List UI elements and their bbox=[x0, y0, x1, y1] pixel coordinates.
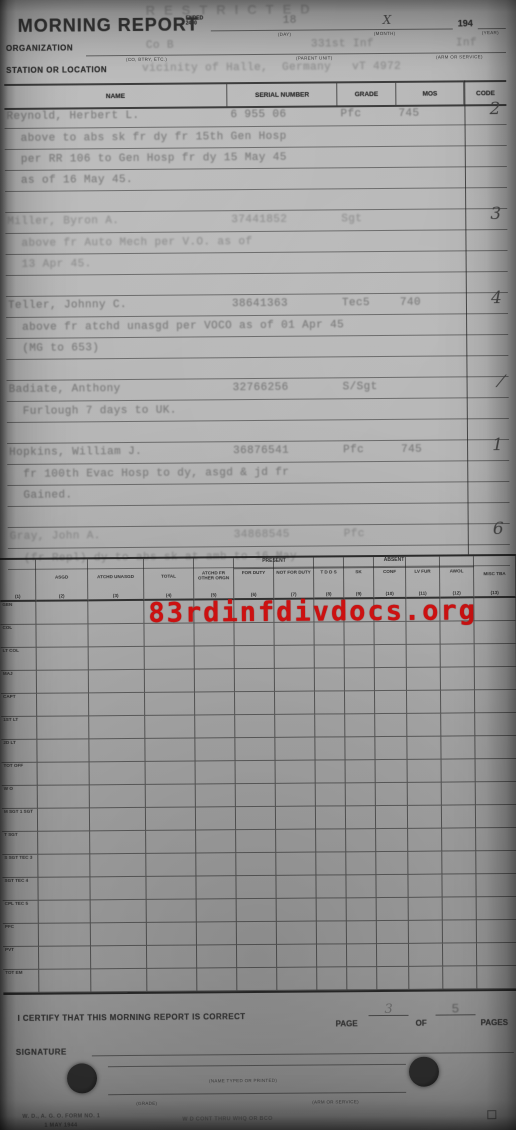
stats-value-cell bbox=[345, 691, 375, 714]
stats-row-label: CAPT bbox=[1, 694, 36, 700]
entry-mos bbox=[399, 209, 467, 230]
punch-hole-left-icon bbox=[67, 1063, 97, 1093]
entry-mos bbox=[402, 524, 470, 545]
stats-value-cell bbox=[197, 922, 237, 945]
stats-group-present: PRESENT bbox=[234, 558, 314, 570]
stats-col-number: (1) bbox=[15, 594, 21, 600]
stats-value-cell bbox=[147, 968, 197, 991]
stats-value-cell bbox=[38, 785, 90, 808]
stats-value-cell bbox=[476, 805, 516, 828]
stats-value-cell bbox=[196, 784, 236, 807]
stats-value-cell bbox=[316, 806, 346, 829]
stats-value-cell bbox=[39, 923, 91, 946]
stats-value-cell bbox=[345, 714, 375, 737]
stats-value-cell bbox=[443, 966, 477, 989]
entry-grade: Pfc bbox=[340, 105, 398, 125]
grade-line bbox=[108, 1091, 406, 1095]
stats-value-cell bbox=[145, 669, 195, 692]
stats-value-cell bbox=[442, 874, 476, 897]
stats-row-label: CPL TEC 5 bbox=[3, 901, 38, 907]
stats-row: TOT EM bbox=[3, 966, 516, 993]
entry-grade: Tec5 bbox=[342, 294, 400, 314]
stats-row-label: 2D LT bbox=[1, 740, 36, 746]
stats-value-cell bbox=[347, 944, 377, 967]
stats-value-cell bbox=[196, 761, 236, 784]
entry-cont-text: 13 Apr 45. bbox=[6, 258, 92, 271]
stats-value-cell bbox=[276, 807, 316, 830]
stats-value-cell bbox=[196, 853, 236, 876]
station-label: STATION OR LOCATION bbox=[6, 65, 107, 75]
ended-label: ENDED 2400 bbox=[186, 16, 204, 26]
stats-value-cell bbox=[38, 877, 90, 900]
punch-hole-right-icon bbox=[409, 1057, 439, 1087]
entry-name: Teller, Johnny C. bbox=[6, 295, 232, 317]
stats-value-cell bbox=[315, 714, 345, 737]
stats-value-cell bbox=[315, 668, 345, 691]
stats-value-cell bbox=[475, 690, 516, 713]
stats-value-cell bbox=[442, 851, 476, 874]
stats-value-cell bbox=[475, 736, 516, 759]
stats-value-cell bbox=[236, 853, 276, 876]
stats-value-cell bbox=[90, 808, 146, 831]
stats-value-cell bbox=[477, 920, 516, 943]
stats-value-cell bbox=[276, 830, 316, 853]
stats-value-cell bbox=[277, 922, 317, 945]
page-label: PAGE bbox=[336, 1019, 358, 1028]
stats-value-cell bbox=[146, 761, 196, 784]
stats-value-cell bbox=[408, 760, 442, 783]
entry-mos: 745 bbox=[398, 104, 466, 125]
stats-value-cell bbox=[442, 805, 476, 828]
stats-value-cell bbox=[442, 759, 476, 782]
stats-value-cell bbox=[346, 783, 376, 806]
stats-col-number: (2) bbox=[59, 594, 65, 600]
stats-col-label: ASGD bbox=[55, 574, 68, 579]
entry-grade: Pfc bbox=[344, 525, 402, 545]
stats-value-cell bbox=[89, 716, 145, 739]
stats-value-cell bbox=[442, 782, 476, 805]
stats-value-cell bbox=[39, 969, 91, 992]
entry-serial: 38641363 bbox=[232, 294, 342, 315]
stats-value-cell bbox=[442, 828, 476, 851]
stats-value-cell bbox=[441, 644, 475, 667]
stats-value-cell bbox=[443, 920, 477, 943]
stats-row-label-cell: PFC bbox=[3, 924, 39, 947]
stats-value-cell bbox=[90, 831, 146, 854]
stats-value-cell bbox=[276, 853, 316, 876]
stats-value-cell bbox=[147, 945, 197, 968]
stats-col-header: ATCHD UNASGD(3) bbox=[88, 559, 144, 601]
stats-value-cell bbox=[37, 647, 89, 670]
entry-mos: 745 bbox=[401, 440, 469, 461]
stats-value-cell bbox=[346, 852, 376, 875]
stats-col-number: (3) bbox=[113, 593, 119, 599]
stats-value-cell bbox=[89, 647, 145, 670]
stats-col-header: (1) bbox=[0, 560, 36, 602]
stats-value-cell bbox=[315, 645, 345, 668]
stats-value-cell bbox=[409, 898, 443, 921]
stats-value-cell bbox=[477, 897, 516, 920]
stats-row-label-cell: SGT TEC 4 bbox=[2, 878, 38, 901]
organization-line: Co B 331st Inf Inf bbox=[86, 36, 506, 56]
entry-cont-text: Gained. bbox=[7, 489, 72, 502]
stats-value-cell bbox=[408, 806, 442, 829]
stats-value-cell bbox=[277, 899, 317, 922]
form-title: MORNING REPORT bbox=[18, 14, 199, 36]
col-header-serial: SERIAL NUMBER bbox=[227, 83, 337, 106]
stats-value-cell bbox=[195, 715, 235, 738]
form-content: RESTRICTED MORNING REPORT ENDED 2400 18 … bbox=[0, 0, 516, 1130]
stats-value-cell bbox=[146, 876, 196, 899]
stats-col-header: MISC TBA(13) bbox=[474, 556, 516, 598]
stats-row-label-cell: CPL TEC 5 bbox=[3, 901, 39, 924]
stats-value-cell bbox=[407, 691, 441, 714]
entry-code: 1 bbox=[492, 436, 503, 455]
stats-value-cell bbox=[315, 691, 345, 714]
entry-mos: 740 bbox=[400, 293, 468, 314]
entry-name: Hopkins, William J. bbox=[7, 442, 233, 464]
stats-value-cell bbox=[408, 829, 442, 852]
stats-value-cell bbox=[476, 874, 516, 897]
pages-label: PAGES bbox=[481, 1018, 508, 1027]
stats-value-cell bbox=[443, 897, 477, 920]
stats-row-label: TOT EM bbox=[3, 970, 38, 976]
entry-cont-text: above fr Auto Mech per V.O. as of bbox=[5, 236, 252, 250]
stats-value-cell bbox=[36, 624, 88, 647]
of-label: OF bbox=[416, 1019, 427, 1028]
stats-row-label-cell: 2D LT bbox=[1, 740, 37, 763]
stats-value-cell bbox=[89, 670, 145, 693]
stats-value-cell bbox=[441, 667, 475, 690]
stats-col-header: ASGD(2) bbox=[36, 559, 88, 601]
stats-value-cell bbox=[376, 852, 408, 875]
stats-value-cell bbox=[146, 784, 196, 807]
date-month-mark: X bbox=[383, 13, 392, 27]
stats-value-cell bbox=[441, 736, 475, 759]
stats-value-cell bbox=[409, 967, 443, 990]
stats-row-label-cell: GEN bbox=[0, 602, 36, 625]
stats-value-cell bbox=[317, 944, 347, 967]
stats-value-cell bbox=[39, 900, 91, 923]
stats-value-cell bbox=[347, 921, 377, 944]
stats-value-cell bbox=[277, 968, 317, 991]
stats-value-cell bbox=[38, 831, 90, 854]
entry-code: ⁄ bbox=[500, 373, 503, 392]
stats-value-cell bbox=[195, 669, 235, 692]
stats-value-cell bbox=[441, 713, 475, 736]
stats-value-cell bbox=[345, 668, 375, 691]
station-value: vicinity of Halle, Germany vT 4972 bbox=[142, 61, 401, 75]
stats-value-cell bbox=[375, 668, 407, 691]
stats-row-label-cell: COL bbox=[0, 625, 36, 648]
footer-center-note: W D CONT THRU WHQ OR BCO bbox=[182, 1116, 272, 1123]
stats-row-label: T SGT bbox=[2, 832, 37, 838]
stats-value-cell bbox=[90, 762, 146, 785]
entry-serial: 37441852 bbox=[231, 210, 341, 231]
stats-value-cell bbox=[346, 829, 376, 852]
stats-value-cell bbox=[407, 645, 441, 668]
stats-value-cell bbox=[377, 944, 409, 967]
stats-value-cell bbox=[316, 829, 346, 852]
stats-value-cell bbox=[315, 737, 345, 760]
stats-value-cell bbox=[408, 852, 442, 875]
stats-value-cell bbox=[476, 851, 516, 874]
organization-parent-value: 331st Inf bbox=[311, 38, 374, 50]
stats-row-label: 1ST LT bbox=[1, 717, 36, 723]
stats-row-label: S SGT TEC 3 bbox=[2, 855, 37, 861]
entry-name: Miller, Byron A. bbox=[5, 211, 231, 233]
stats-value-cell bbox=[441, 690, 475, 713]
stats-row-label-cell: LT COL bbox=[1, 648, 37, 671]
stats-value-cell bbox=[197, 899, 237, 922]
stats-value-cell bbox=[408, 783, 442, 806]
stats-value-cell bbox=[88, 601, 144, 624]
year-prefix: 194 bbox=[458, 18, 473, 28]
stats-col-label: NOT FOR DUTY bbox=[276, 570, 310, 575]
ended-bottom-label: 2400 bbox=[186, 21, 204, 26]
stats-value-cell bbox=[376, 806, 408, 829]
stats-value-cell bbox=[474, 598, 516, 621]
entry-cont-text: fr 100th Evac Hosp to dy, asgd & jd fr bbox=[7, 467, 289, 481]
stats-value-cell bbox=[38, 808, 90, 831]
stats-value-cell bbox=[377, 967, 409, 990]
stats-col-label: SK bbox=[355, 569, 361, 574]
stats-value-cell bbox=[90, 785, 146, 808]
stats-value-cell bbox=[235, 715, 275, 738]
stats-value-cell bbox=[196, 876, 236, 899]
stats-value-cell bbox=[317, 898, 347, 921]
stats-value-cell bbox=[275, 692, 315, 715]
stats-value-cell bbox=[91, 946, 147, 969]
stats-row-label: LT COL bbox=[1, 648, 36, 654]
stats-row-label: MAJ bbox=[1, 671, 36, 677]
stats-value-cell bbox=[147, 922, 197, 945]
stats-value-cell bbox=[376, 829, 408, 852]
stats-col-number: (13) bbox=[491, 590, 499, 596]
entry-cont-text: (MG to 653) bbox=[6, 342, 99, 355]
stats-value-cell bbox=[345, 737, 375, 760]
col-header-name: NAME bbox=[4, 84, 227, 108]
stats-value-cell bbox=[146, 853, 196, 876]
stats-value-cell bbox=[275, 646, 315, 669]
stats-value-cell bbox=[375, 714, 407, 737]
stats-value-cell bbox=[38, 762, 90, 785]
stats-value-cell bbox=[237, 899, 277, 922]
name-typed-caption: (NAME TYPED OR PRINTED) bbox=[209, 1078, 277, 1084]
stats-value-cell bbox=[377, 921, 409, 944]
stats-value-cell bbox=[375, 645, 407, 668]
stats-col-label: AWOL bbox=[450, 568, 464, 573]
corner-box-icon bbox=[487, 1110, 496, 1119]
stats-value-cell bbox=[88, 624, 144, 647]
entry-cont-text: per RR 106 to Gen Hosp fr dy 15 May 45 bbox=[5, 152, 287, 166]
stats-row-label: M SGT 1 SGT bbox=[2, 809, 37, 815]
watermark-text: 83rdinfdivdocs.org bbox=[148, 595, 477, 629]
stats-row-label-cell: T SGT bbox=[2, 832, 38, 855]
stats-row-label-cell: MAJ bbox=[1, 671, 37, 694]
stats-value-cell bbox=[145, 692, 195, 715]
arm-caption: (ARM OR SERVICE) bbox=[312, 1099, 359, 1104]
year-caption: (YEAR) bbox=[482, 30, 499, 35]
stats-value-cell bbox=[476, 828, 516, 851]
stats-value-cell bbox=[475, 713, 516, 736]
stats-value-cell bbox=[407, 737, 441, 760]
stats-value-cell bbox=[275, 715, 315, 738]
roster-body: Reynold, Herbert L. 6 955 06 Pfc 745 2 a… bbox=[4, 104, 510, 570]
entry-cont-text: Furlough 7 days to UK. bbox=[7, 405, 177, 418]
entry-serial: 32766256 bbox=[233, 378, 343, 399]
stats-value-cell bbox=[147, 899, 197, 922]
entry-name: Gray, John A. bbox=[8, 526, 234, 548]
form-date: 1 MAY 1944 bbox=[44, 1122, 77, 1128]
stats-value-cell bbox=[376, 875, 408, 898]
stats-value-cell bbox=[375, 691, 407, 714]
entry-cont-text: as of 16 May 45. bbox=[5, 174, 133, 187]
stats-value-cell bbox=[236, 830, 276, 853]
stats-value-cell bbox=[36, 601, 88, 624]
month-caption: (MONTH) bbox=[374, 31, 396, 36]
stats-row-label-cell: CAPT bbox=[1, 694, 37, 717]
stats-col-label: FOR DUTY bbox=[242, 570, 266, 575]
stats-value-cell bbox=[145, 647, 195, 670]
col-header-mos: MOS bbox=[396, 82, 465, 105]
stats-value-cell bbox=[443, 943, 477, 966]
signature-label: SIGNATURE bbox=[16, 1048, 67, 1057]
stats-value-cell bbox=[145, 738, 195, 761]
stats-value-cell bbox=[317, 921, 347, 944]
stats-row-label: W O bbox=[2, 786, 37, 792]
date-day-value: 18 bbox=[283, 15, 297, 27]
stats-value-cell bbox=[237, 945, 277, 968]
stats-value-cell bbox=[346, 875, 376, 898]
scanned-morning-report: RESTRICTED MORNING REPORT ENDED 2400 18 … bbox=[0, 0, 516, 1130]
form-number: W. D., A. G. O. FORM NO. 1 bbox=[22, 1113, 100, 1120]
stats-value-cell bbox=[477, 943, 516, 966]
stats-row-label-cell: TOT EM bbox=[3, 970, 39, 993]
stats-value-cell bbox=[236, 876, 276, 899]
entry-serial: 36876541 bbox=[233, 441, 343, 462]
stats-row-label: COL bbox=[0, 625, 35, 631]
organization-value: Co B bbox=[146, 40, 174, 52]
entry-grade: Sgt bbox=[341, 210, 399, 230]
stats-col-label: CONF bbox=[383, 569, 396, 574]
stats-value-cell bbox=[477, 966, 516, 989]
stats-value-cell bbox=[91, 969, 147, 992]
entry-code: 3 bbox=[490, 205, 501, 224]
stats-col-header: TOTAL(4) bbox=[144, 559, 194, 601]
stats-value-cell bbox=[407, 714, 441, 737]
stats-value-cell bbox=[38, 854, 90, 877]
stats-value-cell bbox=[195, 738, 235, 761]
stats-row-label-cell: 1ST LT bbox=[1, 717, 37, 740]
name-typed-line bbox=[108, 1063, 406, 1067]
stats-value-cell bbox=[317, 967, 347, 990]
stats-value-cell bbox=[276, 784, 316, 807]
page-value-line: 3 bbox=[369, 1015, 409, 1016]
stats-value-cell bbox=[346, 760, 376, 783]
stats-value-cell bbox=[407, 668, 441, 691]
stats-value-cell bbox=[408, 875, 442, 898]
stats-value-cell bbox=[316, 875, 346, 898]
stats-value-cell bbox=[145, 715, 195, 738]
stats-col-label: LV FUR bbox=[414, 569, 430, 574]
stats-row-label: TOT OFF bbox=[2, 763, 37, 769]
stats-col-label: ATCHD FR OTHER ORGN bbox=[194, 570, 233, 580]
organization-label: ORGANIZATION bbox=[6, 43, 73, 53]
stats-value-cell bbox=[37, 739, 89, 762]
stats-row-label-cell: TOT OFF bbox=[2, 763, 38, 786]
stats-value-cell bbox=[237, 968, 277, 991]
stats-value-cell bbox=[235, 692, 275, 715]
entry-code: 2 bbox=[490, 100, 501, 119]
stats-value-cell bbox=[476, 759, 516, 782]
signature-line bbox=[92, 1040, 514, 1056]
entry-cont-text: above fr atchd unasgd per VOCO as of 01 … bbox=[6, 319, 344, 334]
entry-grade: Pfc bbox=[343, 441, 401, 461]
stats-value-cell bbox=[475, 644, 516, 667]
entry-cont-text: above to abs sk fr dy fr 15th Gen Hosp bbox=[5, 131, 287, 145]
entry-grade: S/Sgt bbox=[343, 378, 401, 398]
entry-code: 4 bbox=[491, 289, 502, 308]
stats-value-cell bbox=[277, 945, 317, 968]
station-line: vicinity of Halle, Germany vT 4972 bbox=[124, 58, 506, 77]
stats-row-label-cell: W O bbox=[2, 786, 38, 809]
stats-value-cell bbox=[474, 621, 516, 644]
stats-value-cell bbox=[91, 923, 147, 946]
stats-value-cell bbox=[235, 646, 275, 669]
stats-value-cell bbox=[316, 760, 346, 783]
stats-value-cell bbox=[195, 646, 235, 669]
stats-value-cell bbox=[236, 807, 276, 830]
stats-value-cell bbox=[90, 877, 146, 900]
stats-value-cell bbox=[409, 921, 443, 944]
stats-value-cell bbox=[37, 716, 89, 739]
entry-code: 6 bbox=[493, 520, 504, 539]
year-line bbox=[478, 10, 506, 29]
day-caption: (DAY) bbox=[278, 32, 291, 37]
entry-serial: 6 955 06 bbox=[230, 105, 340, 126]
stats-col-label: ATCHD UNASGD bbox=[97, 573, 134, 578]
stats-value-cell bbox=[316, 852, 346, 875]
stats-col-header: ATCHD FR OTHER ORGN(5) bbox=[194, 558, 234, 600]
stats-row-label-cell: M SGT 1 SGT bbox=[2, 809, 38, 832]
stats-row-label-cell: PVT bbox=[3, 947, 39, 970]
stats-value-cell bbox=[276, 876, 316, 899]
stats-value-cell bbox=[90, 854, 146, 877]
stats-value-cell bbox=[347, 898, 377, 921]
pages-value: 5 bbox=[451, 1001, 459, 1016]
stats-value-cell bbox=[236, 761, 276, 784]
stats-value-cell bbox=[237, 922, 277, 945]
entry-serial: 34868545 bbox=[234, 525, 344, 546]
stats-value-cell bbox=[377, 898, 409, 921]
stats-value-cell bbox=[475, 667, 516, 690]
stats-value-cell bbox=[316, 783, 346, 806]
stats-value-cell bbox=[146, 830, 196, 853]
stats-value-cell bbox=[235, 738, 275, 761]
stats-value-cell bbox=[375, 737, 407, 760]
stats-value-cell bbox=[476, 782, 516, 805]
stats-col-label: MISC TBA bbox=[483, 571, 505, 576]
date-line: 18 X bbox=[211, 10, 453, 31]
stats-value-cell bbox=[235, 669, 275, 692]
stats-value-cell bbox=[409, 944, 443, 967]
stats-value-cell bbox=[196, 807, 236, 830]
stats-value-cell bbox=[146, 807, 196, 830]
organization-arm-value: Inf bbox=[456, 37, 477, 49]
stats-value-cell bbox=[197, 945, 237, 968]
stats-value-cell bbox=[376, 760, 408, 783]
